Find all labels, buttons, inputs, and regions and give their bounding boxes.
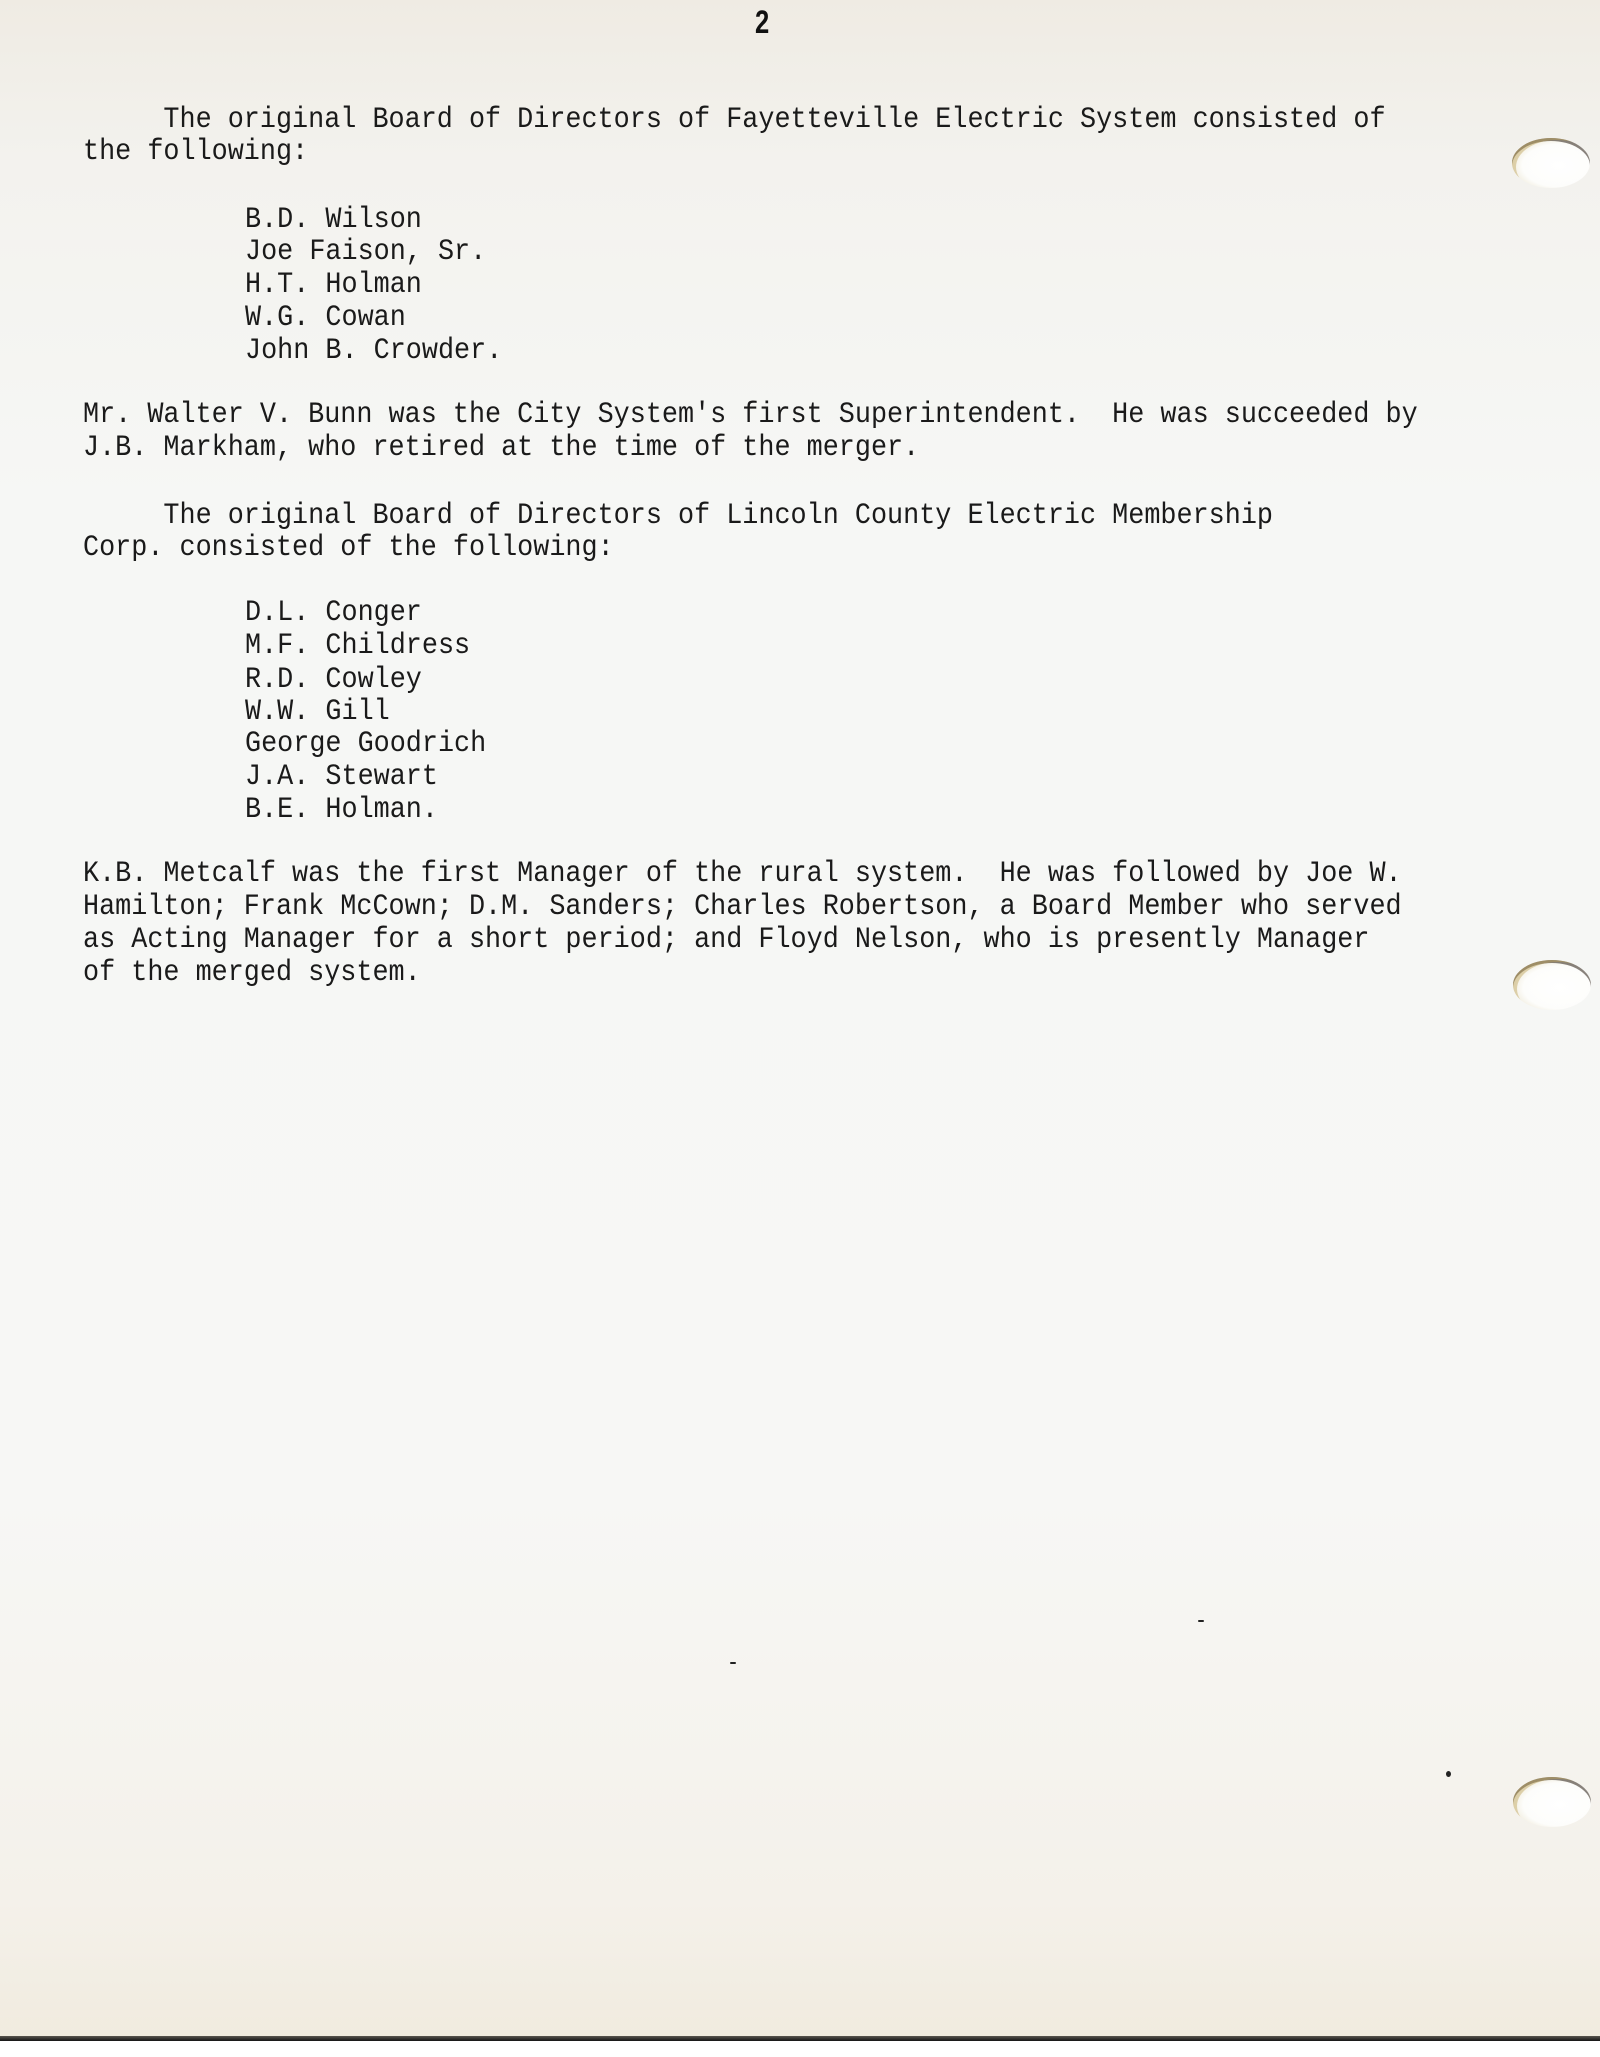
list-item: H.T. Holman (245, 271, 422, 301)
ink-speck (1446, 1771, 1451, 1777)
list-item: D.L. Conger (245, 599, 422, 629)
punch-hole-middle (1513, 960, 1591, 1010)
list-item: W.G. Cowan (245, 304, 406, 334)
text-line: Hamilton; Frank McCown; D.M. Sanders; Ch… (83, 893, 1402, 923)
text-line: J.B. Markham, who retired at the time of… (83, 434, 919, 464)
text-line: The original Board of Directors of Linco… (83, 502, 1273, 532)
text-line: Corp. consisted of the following: (83, 534, 614, 564)
list-item: Joe Faison, Sr. (245, 238, 486, 268)
ink-speck (1198, 1620, 1204, 1622)
document-page (0, 0, 1600, 2038)
text-line: the following: (83, 138, 308, 168)
text-line: K.B. Metcalf was the first Manager of th… (83, 860, 1402, 890)
punch-hole-top (1512, 138, 1590, 188)
list-item: George Goodrich (245, 730, 486, 760)
ink-speck (730, 1662, 736, 1664)
page-number: 2 (755, 6, 769, 38)
text-line: The original Board of Directors of Fayet… (83, 106, 1386, 136)
list-item: John B. Crowder. (245, 337, 502, 367)
list-item: J.A. Stewart (245, 763, 438, 793)
list-item: W.W. Gill (245, 698, 390, 728)
page-bottom-edge (0, 2036, 1600, 2041)
list-item: M.F. Childress (245, 632, 470, 662)
text-line: Mr. Walter V. Bunn was the City System's… (83, 401, 1418, 431)
text-line: of the merged system. (83, 959, 421, 989)
list-item: R.D. Cowley (245, 666, 422, 696)
list-item: B.D. Wilson (245, 206, 422, 236)
list-item: B.E. Holman. (245, 796, 438, 826)
punch-hole-bottom (1513, 1777, 1591, 1827)
text-line: as Acting Manager for a short period; an… (83, 926, 1369, 956)
